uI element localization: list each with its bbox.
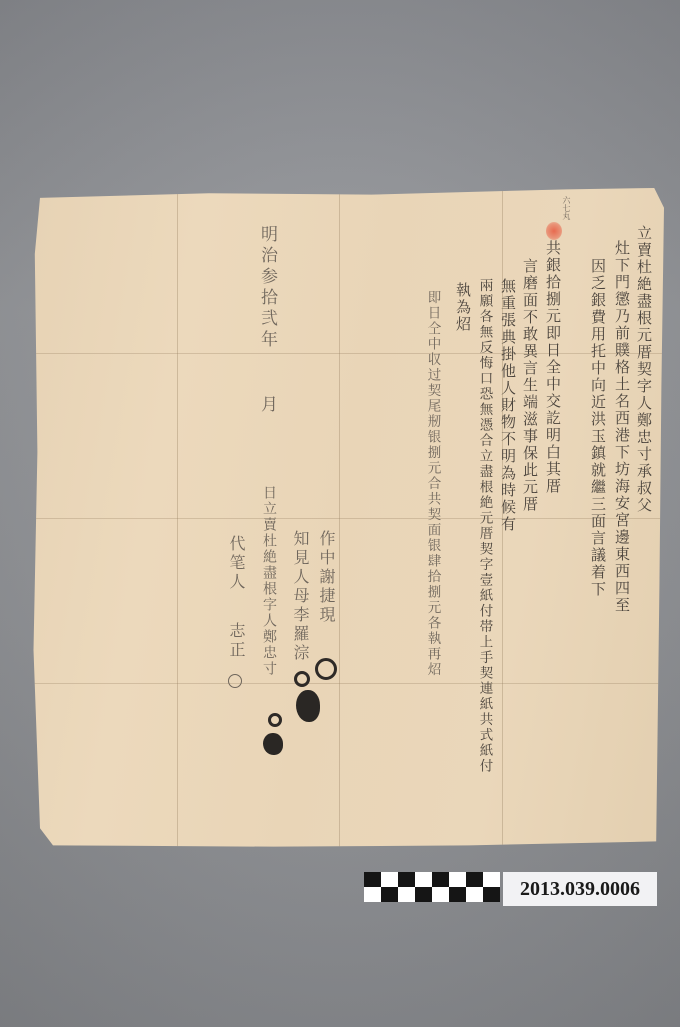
ink-thumbprint	[296, 690, 320, 722]
ink-thumbprint	[263, 733, 283, 755]
receipt-column: 即日仝中収过契尾剏银捌元合共契面银肆拾捌元各執再炤	[425, 290, 439, 710]
ink-seal-ring	[268, 713, 282, 727]
body-column-7: 兩願各無反悔口恐無憑合立盡根絶元厝契字壹紙付帯上手契連紙共式紙付	[477, 278, 491, 838]
scribe-name: 志正	[228, 622, 244, 660]
body-column-6: 無重張典掛他人財物不明為時候有	[500, 278, 515, 838]
middleman-signature: 作中謝捷現	[318, 530, 334, 625]
ink-seal-ring	[315, 658, 337, 680]
scribe-label: 代笔人	[228, 535, 244, 592]
body-column-4: 共銀拾捌元即日全中交訖明白其厝	[545, 240, 560, 840]
witness-signature: 知見人母李羅淙	[292, 530, 308, 663]
body-column-1: 立賣杜絶盡根元厝契字人鄭忠寸承叔父	[636, 225, 651, 845]
seller-signature: 日立賣杜絶盡根字人鄭忠寸	[262, 485, 276, 677]
body-column-5: 言磨面不敢異言生端滋事保此元厝	[522, 258, 537, 838]
fold-line	[14, 683, 664, 684]
date-month: 月	[258, 395, 275, 414]
date-year: 明治参拾弐年	[258, 225, 275, 351]
body-column-8: 執為炤	[455, 282, 470, 342]
seal-note: 六七丸	[562, 196, 570, 220]
fold-line	[14, 518, 664, 519]
body-column-3: 因乏銀費用托中向近洪玉鎮就繼三面言議着下	[590, 258, 605, 838]
red-seal	[546, 222, 562, 240]
catalog-number-label: 2013.039.0006	[503, 872, 657, 906]
deed-paper	[14, 188, 664, 848]
scribe-seal-ring	[228, 674, 242, 688]
checker-scale-bar	[364, 872, 500, 902]
fold-line	[14, 353, 664, 354]
ink-seal-ring	[294, 671, 310, 687]
body-column-2: 灶下門懲乃前贌格土名西港下坊海安宮邊東西四至	[614, 240, 629, 840]
